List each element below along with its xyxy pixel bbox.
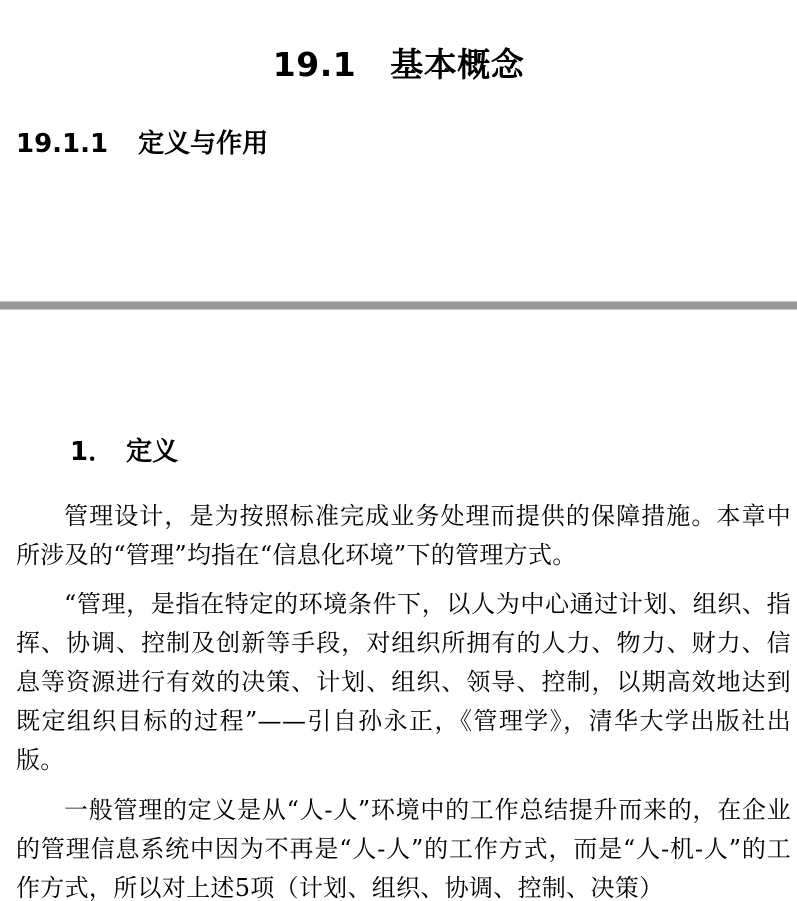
section-title-text: 基本概念 [390, 45, 524, 84]
section-title: 19.1基本概念 [0, 40, 797, 90]
top-page: 19.1基本概念 19.1.1定义与作用 [0, 0, 797, 302]
subsection-title-text: 定义与作用 [138, 129, 268, 159]
bottom-page: 1．定义 管理设计，是为按照标准完成业务处理而提供的保障措施。本章中所涉及的“管… [0, 310, 797, 901]
page-break-divider [0, 301, 797, 310]
section-number: 19.1 [273, 45, 356, 84]
item-heading: 1．定义 [70, 432, 178, 472]
paragraph-definition-intro: 管理设计，是为按照标准完成业务处理而提供的保障措施。本章中所涉及的“管理”均指在… [16, 497, 791, 575]
paragraph-general-management: 一般管理的定义是从“人-人”环境中的工作总结提升而来的，在企业的管理信息系统中因… [16, 791, 791, 901]
item-heading-text: 定义 [126, 437, 178, 467]
paragraph-management-quote: “管理，是指在特定的环境条件下，以人为中心通过计划、组织、指挥、协调、控制及创新… [16, 585, 791, 780]
subsection-number: 19.1.1 [16, 129, 108, 159]
subsection-title: 19.1.1定义与作用 [16, 124, 268, 164]
item-number: 1． [70, 437, 114, 467]
